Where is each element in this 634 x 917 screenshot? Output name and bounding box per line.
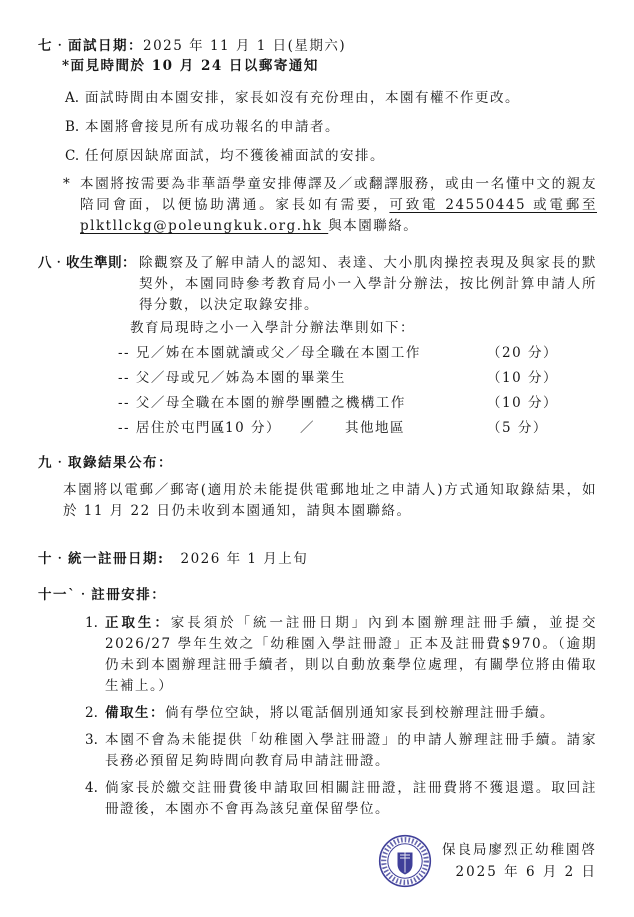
section11-number: 十一`‧ <box>38 587 91 603</box>
criteria-row-sibling: -- 兄／姊在本園就讀或父／母全職在本園工作 （20 分） <box>118 343 597 363</box>
item-text: 倘家長於繳交註冊費後申請取回相關註冊證，註冊費將不獲退還。取回註冊證後，本園亦不… <box>105 778 597 820</box>
section8-number: 八‧ <box>38 255 66 271</box>
result-notice-text: 本園將以電郵／郵寄(適用於未能提供電郵地址之申請人)方式通知取錄結果，如於 11… <box>63 480 597 522</box>
note-post: 與本園聯絡。 <box>328 218 418 234</box>
section11-title: 註冊安排： <box>91 587 166 603</box>
interview-rule-c: C. 任何原因缺席面試，均不獲後補面試的安排。 <box>65 146 597 166</box>
item-text: 本園不會為未能提供「幼稚園入學註冊證」的申請人辦理註冊手續。請家長務必預留足夠時… <box>105 730 597 772</box>
criteria-text: -- 父／母或兄／姊為本園的畢業生 <box>118 370 346 386</box>
item-number: 1. <box>85 613 105 697</box>
interview-rule-a: A. 面試時間由本園安排，家長如沒有充份理由，本園有權不作更改。 <box>65 88 597 108</box>
section-admission-criteria: 八‧收生準則： 除觀察及了解申請人的認知、表達、大小肌肉操控表現及與家長的默契外… <box>38 253 597 438</box>
section8-heading: 八‧收生準則： <box>38 253 136 316</box>
registration-item-2: 2. 備取生：倘有學位空缺，將以電話個別通知家長到校辦理註冊手續。 <box>85 703 597 724</box>
criteria-score: （10 分） <box>487 393 558 413</box>
item-number: 2. <box>85 703 105 724</box>
criteria-score-other: （5 分） <box>487 418 548 438</box>
interview-rule-b: B. 本園將會接見所有成功報名的申請者。 <box>65 117 597 137</box>
criteria-row-district: -- 居住於屯門區 （10 分） ／ 其他地區 （5 分） <box>118 418 597 438</box>
section8-title: 收生準則： <box>66 255 136 271</box>
criteria-other-district: 其他地區 <box>345 418 405 438</box>
rule-text: 本園將會接見所有成功報名的申請者。 <box>85 117 340 137</box>
registration-item-1: 1. 正取生：家長須於「統一註冊日期」內到本園辦理註冊手續，並提交 2026/2… <box>85 613 597 697</box>
section9-number: 九‧ <box>38 455 68 471</box>
translation-note: * 本園將按需要為非華語學童安排傳譯及／或翻譯服務，或由一名懂中文的親友陪同會面… <box>63 174 597 237</box>
school-signature: 保良局廖烈正幼稚園啓 <box>442 839 597 861</box>
document-date: 2025 年 6 月 2 日 <box>442 861 597 883</box>
edb-points-intro: 教育局現時之小一入學計分辦法準則如下： <box>130 318 597 338</box>
criteria-text: -- 兄／姊在本園就讀或父／母全職在本園工作 <box>118 345 421 361</box>
registration-item-3: 3. 本園不會為未能提供「幼稚園入學註冊證」的申請人辦理註冊手續。請家長務必預留… <box>85 730 597 772</box>
criteria-score: （10 分） <box>487 368 558 388</box>
section7-number: 七‧ <box>38 38 68 54</box>
item-text: 正取生：家長須於「統一註冊日期」內到本園辦理註冊手續，並提交 2026/27 學… <box>105 613 597 697</box>
school-seal-icon <box>378 834 432 888</box>
document-page: 七‧面試日期：2025 年 11 月 1 日(星期六) *面見時間於 10 月 … <box>0 0 634 917</box>
item-bold-lead: 正取生： <box>105 615 171 631</box>
mail-notice: *面見時間於 10 月 24 日以郵寄通知 <box>62 56 597 76</box>
section9-heading: 九‧取錄結果公布： <box>38 453 597 473</box>
rule-label: C. <box>65 146 85 166</box>
criteria-score: （20 分） <box>487 343 558 363</box>
section10-heading: 十‧統一註冊日期:2026 年 1 月上旬 <box>38 549 597 569</box>
item-body-text: 倘有學位空缺，將以電話個別通知家長到校辦理註冊手續。 <box>165 705 555 721</box>
section10-title: 統一註冊日期: <box>68 551 164 567</box>
section7-title: 面試日期： <box>68 38 143 54</box>
interview-date-value: 2025 年 11 月 1 日(星期六) <box>143 38 346 54</box>
section7-heading: 七‧面試日期：2025 年 11 月 1 日(星期六) <box>38 36 597 56</box>
signature-text: 保良局廖烈正幼稚園啓 2025 年 6 月 2 日 <box>442 839 597 883</box>
section-result-announcement: 九‧取錄結果公布： 本園將以電郵／郵寄(適用於未能提供電郵地址之申請人)方式通知… <box>38 453 597 522</box>
rule-label: A. <box>65 88 85 108</box>
rule-text: 面試時間由本園安排，家長如沒有充份理由，本園有權不作更改。 <box>85 88 520 108</box>
section10-number: 十‧ <box>38 551 68 567</box>
criteria-row-alumni: -- 父／母或兄／姊為本園的畢業生 （10 分） <box>118 368 597 388</box>
signature-block: 保良局廖烈正幼稚園啓 2025 年 6 月 2 日 <box>378 834 597 888</box>
section8-block: 八‧收生準則： 除觀察及了解申請人的認知、表達、大小肌肉操控表現及與家長的默契外… <box>38 253 597 316</box>
slash-divider: ／ <box>300 418 315 438</box>
section-registration-arrangements: 十一`‧註冊安排： 1. 正取生：家長須於「統一註冊日期」內到本園辦理註冊手續，… <box>38 585 597 820</box>
rule-text: 任何原因缺席面試，均不獲後補面試的安排。 <box>85 146 385 166</box>
rule-label: B. <box>65 117 85 137</box>
translation-note-text: 本園將按需要為非華語學童安排傳譯及／或翻譯服務，或由一名懂中文的親友陪同會面，以… <box>80 174 597 237</box>
section9-title: 取錄結果公布： <box>68 455 173 471</box>
section11-heading: 十一`‧註冊安排： <box>38 585 597 605</box>
section-interview-date: 七‧面試日期：2025 年 11 月 1 日(星期六) *面見時間於 10 月 … <box>38 36 597 237</box>
criteria-text: -- 父／母全職在本園的辦學團體之機構工作 <box>118 395 406 411</box>
criteria-intro: 除觀察及了解申請人的認知、表達、大小肌肉操控表現及與家長的默契外，本園同時參考教… <box>139 253 597 316</box>
registration-item-4: 4. 倘家長於繳交註冊費後申請取回相關註冊證，註冊費將不獲退還。取回註冊證後，本… <box>85 778 597 820</box>
item-body-text: 本園不會為未能提供「幼稚園入學註冊證」的申請人辦理註冊手續。請家長務必預留足夠時… <box>105 732 597 769</box>
section-registration-date: 十‧統一註冊日期:2026 年 1 月上旬 <box>38 549 597 569</box>
item-body-text: 倘家長於繳交註冊費後申請取回相關註冊證，註冊費將不獲退還。取回註冊證後，本園亦不… <box>105 780 597 817</box>
item-bold-lead: 備取生： <box>105 705 165 721</box>
registration-date-value: 2026 年 1 月上旬 <box>180 551 308 567</box>
item-body-text: 家長須於「統一註冊日期」內到本園辦理註冊手續，並提交 2026/27 學年生效之… <box>105 615 597 694</box>
asterisk-marker: * <box>63 174 80 237</box>
item-text: 備取生：倘有學位空缺，將以電話個別通知家長到校辦理註冊手續。 <box>105 703 597 724</box>
criteria-row-staff: -- 父／母全職在本園的辦學團體之機構工作 （10 分） <box>118 393 597 413</box>
item-number: 4. <box>85 778 105 820</box>
criteria-score-tuenmun: （10 分） <box>210 418 281 438</box>
item-number: 3. <box>85 730 105 772</box>
